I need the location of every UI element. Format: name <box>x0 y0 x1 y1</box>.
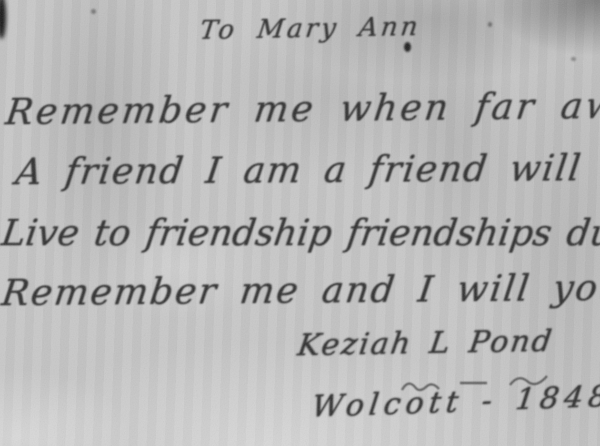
salutation: To Mary Ann <box>198 12 422 46</box>
ink-speck <box>91 9 96 14</box>
ink-speck <box>571 57 576 61</box>
handwritten-note-scan: To Mary Ann Remember me when far away A … <box>0 0 600 446</box>
verse-line-2: A friend I am a friend will be <box>13 148 600 193</box>
signature: Keziah L Pond <box>296 324 556 363</box>
scan-edge-mark <box>0 0 6 39</box>
verse-line-1: Remember me when far away <box>3 85 600 133</box>
ink-speck <box>488 22 492 27</box>
verse-line-3: Live to friendship friendships due <box>0 213 600 254</box>
ink-speck <box>404 42 411 52</box>
place-and-year: Wolcott - 1848 <box>310 380 600 425</box>
verse-line-4: Remember me and I will you <box>0 268 600 314</box>
